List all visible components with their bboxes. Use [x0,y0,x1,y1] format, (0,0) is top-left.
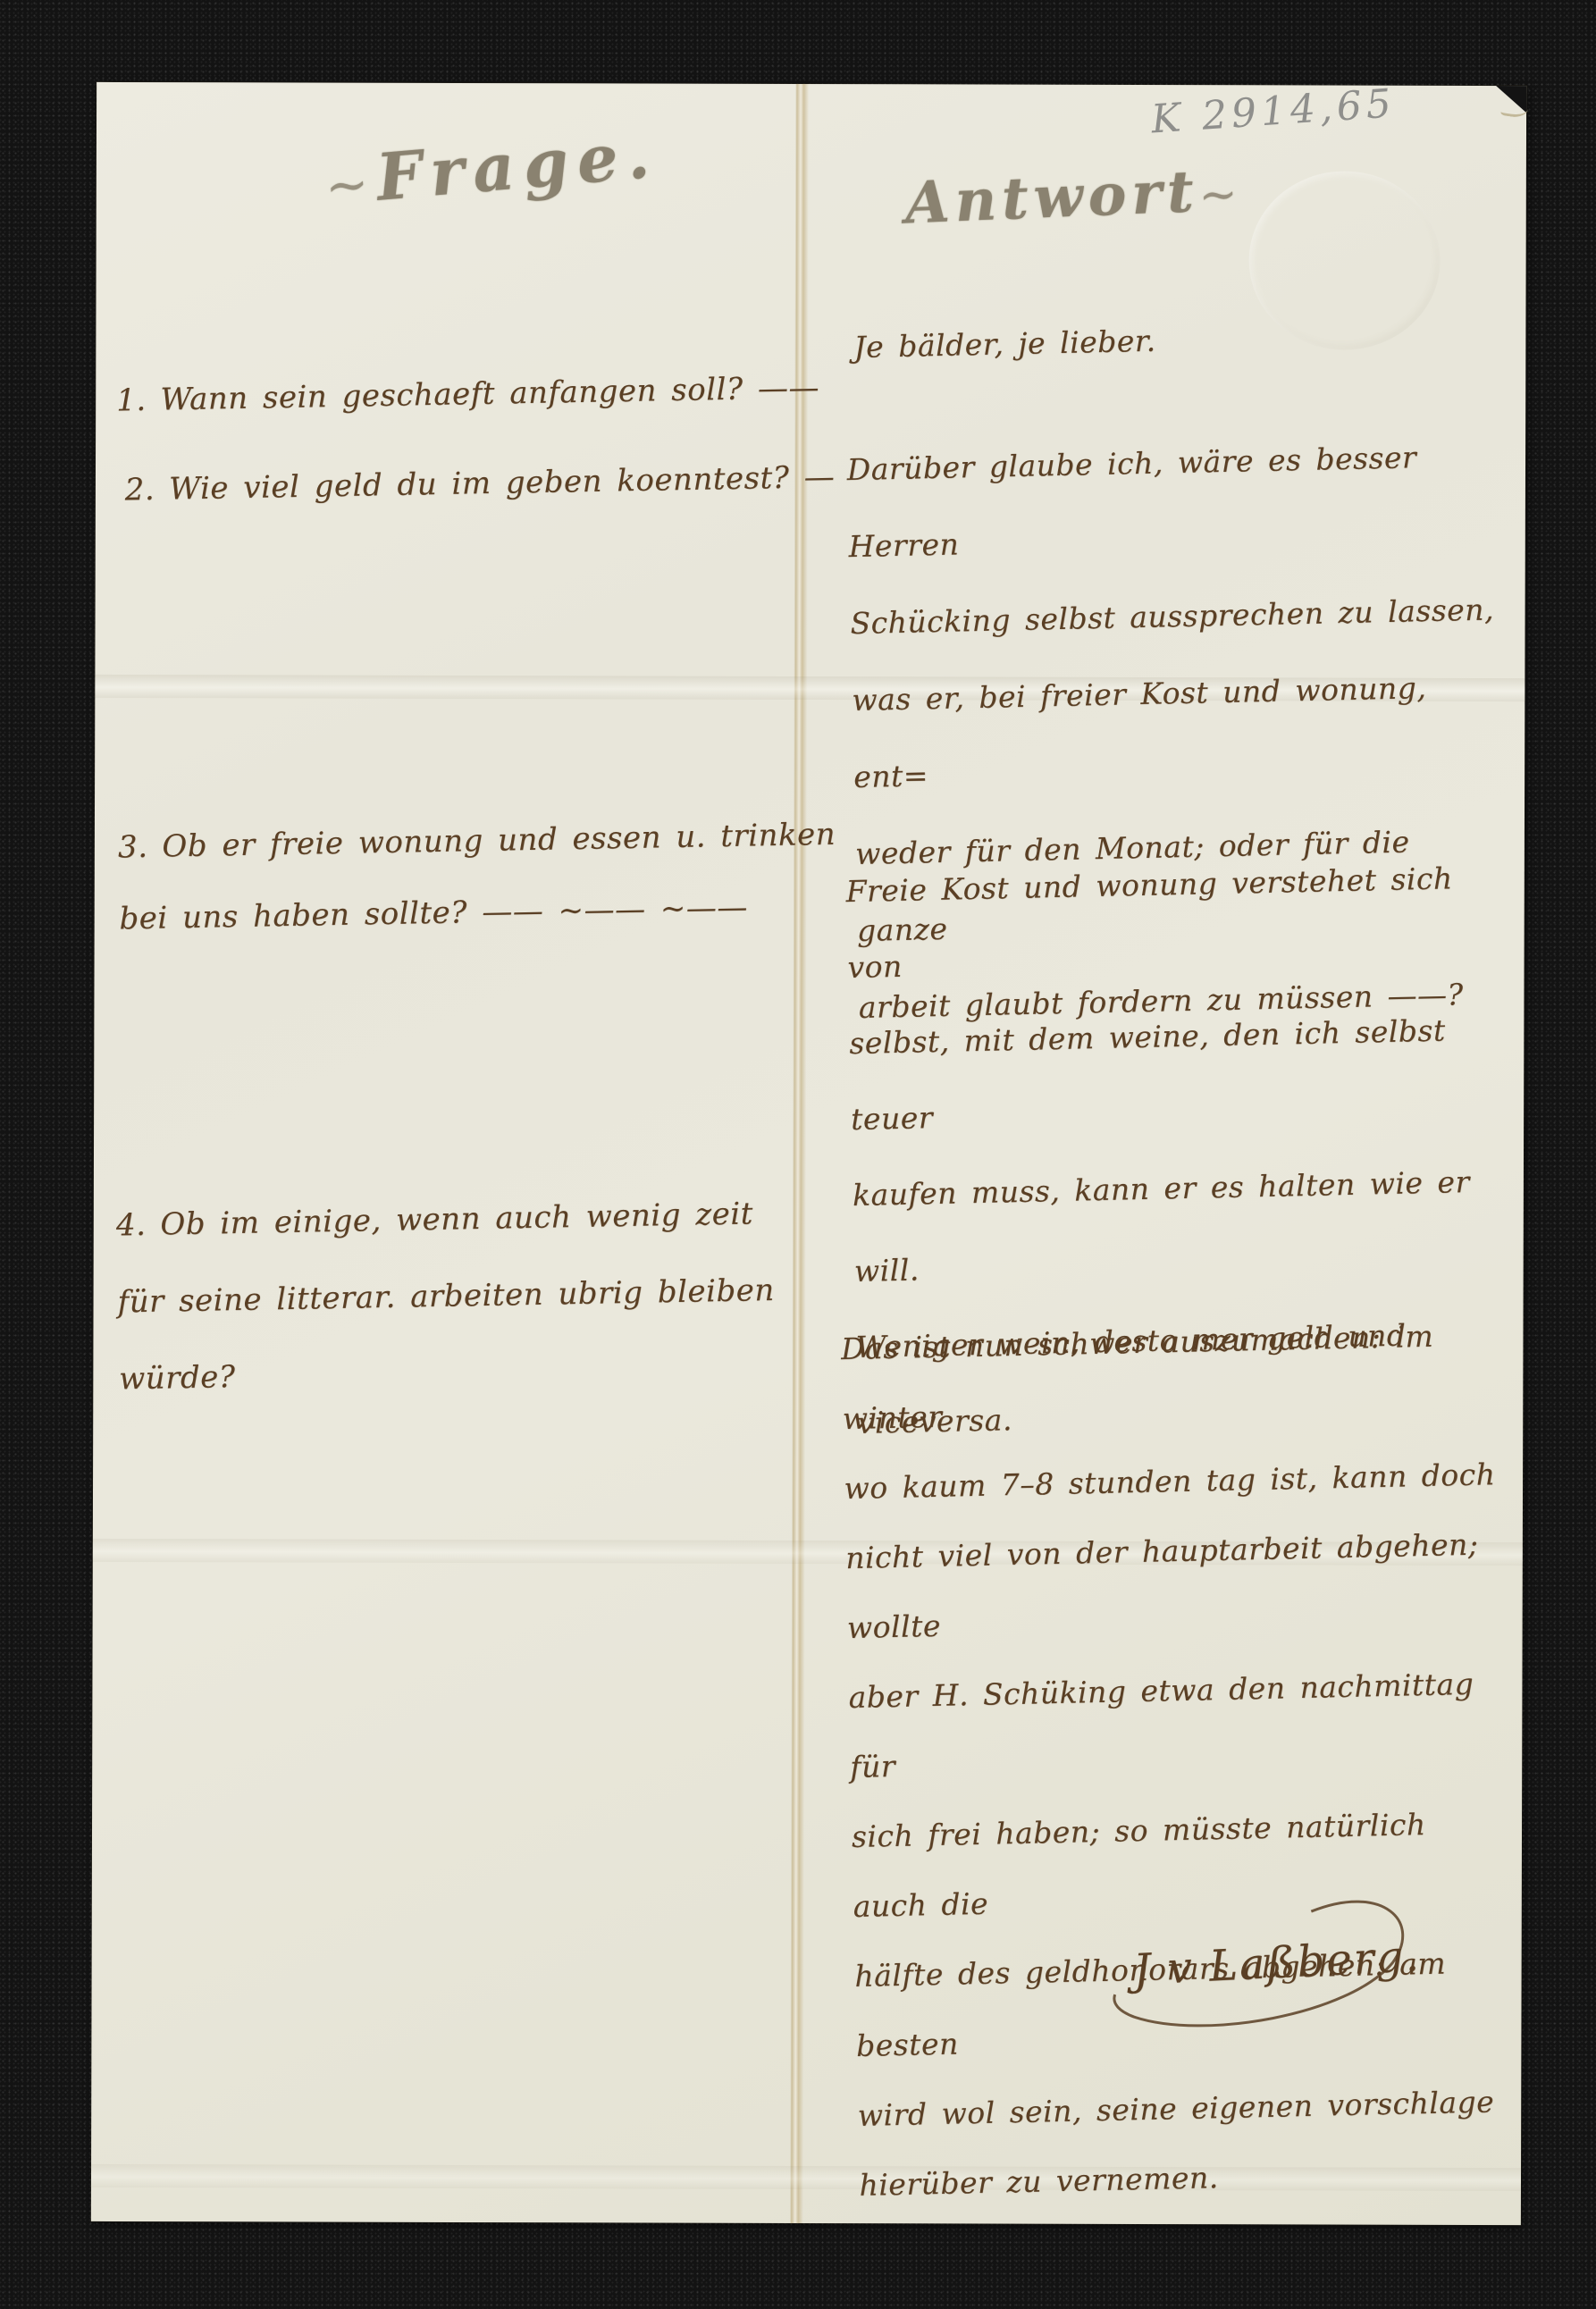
question-item: 4.Ob im einige, wenn auch wenig zeit für… [114,1097,844,1418]
header-flourish: ~ [1197,167,1243,223]
dog-ear-curl [1500,98,1529,119]
question-number: 3. [117,811,148,884]
manuscript-page: K 2914,65 ~Frage. Antwort~ 1.Wann sein g… [91,82,1526,2225]
header-flourish: ~ [323,153,380,217]
question-item: 2.Wie viel geld du im geben koenntest? — [123,391,849,519]
answer-item: Das ist nun schwer auszumachen: im winte… [840,1300,1512,2221]
question-text: Wie viel geld du im geben koenntest? — [169,459,836,508]
scan-background: K 2914,65 ~Frage. Antwort~ 1.Wann sein g… [0,0,1596,2309]
question-text: Ob im einige, wenn auch wenig zeit für s… [117,1196,775,1397]
answer-header-label: Antwort [903,158,1200,237]
question-number: 2. [124,461,155,519]
signature-block: J v Laßberg. [1088,1878,1454,2066]
question-text: Ob er freie wonung und essen u. trinken … [119,817,836,937]
question-header-label: Frage. [374,115,661,214]
answer-column-header: Antwort~ [903,156,1243,237]
question-item: 3.Ob er freie wonung und essen u. trinke… [116,727,844,955]
archive-shelfmark-note: K 2914,65 [1150,80,1398,142]
question-column-header: ~Frage. [322,115,661,219]
answer-item: Je bälder, je lieber. [853,306,1507,374]
question-number: 4. [115,1187,147,1264]
